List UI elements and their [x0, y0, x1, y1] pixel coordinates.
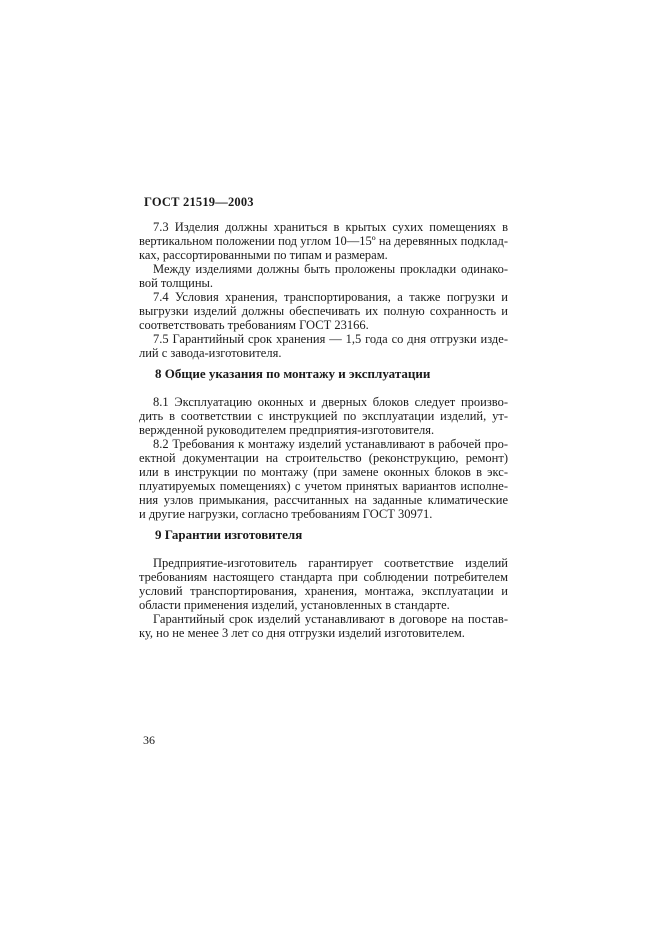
paragraph: 8.1 Эксплуатацию оконных и дверных блоко… [139, 395, 508, 437]
text-line: лий с завода-изготовителя. [139, 346, 508, 360]
text-line: вертикальном положении под углом 10—15º … [139, 234, 508, 248]
text-line: 7.3 Изделия должны храниться в крытых су… [139, 220, 508, 234]
text-line: Между изделиями должны быть проложены пр… [139, 262, 508, 276]
paragraph: Предприятие-изготовитель гарантирует соо… [139, 556, 508, 612]
text-line: ку, но не менее 3 лет со дня отгрузки из… [139, 626, 508, 640]
text-line: Гарантийный срок изделий устанавливают в… [139, 612, 508, 626]
text-line: вой толщины. [139, 276, 508, 290]
text-line: 8.1 Эксплуатацию оконных и дверных блоко… [139, 395, 508, 409]
text-line: дить в соответствии с инструкцией по экс… [139, 409, 508, 423]
text-line: ния узлов примыкания, рассчитанных на за… [139, 493, 508, 507]
paragraph: Гарантийный срок изделий устанавливают в… [139, 612, 508, 640]
text-line: 8.2 Требования к монтажу изделий устанав… [139, 437, 508, 451]
text-line: Предприятие-изготовитель гарантирует соо… [139, 556, 508, 570]
text-line: или в инструкции по монтажу (при замене … [139, 465, 508, 479]
paragraph: 7.3 Изделия должны храниться в крытых су… [139, 220, 508, 262]
text-line: условий транспортирования, хранения, мон… [139, 584, 508, 598]
page-number: 36 [143, 733, 155, 747]
text-line: соответствовать требованиям ГОСТ 23166. [139, 318, 508, 332]
document-body: 7.3 Изделия должны храниться в крытых су… [139, 220, 508, 640]
text-line: плуатируемых помещениях) с учетом принят… [139, 479, 508, 493]
text-line: требованиям настоящего стандарта при соб… [139, 570, 508, 584]
section-heading: 8 Общие указания по монтажу и эксплуатац… [139, 367, 508, 381]
paragraph: Между изделиями должны быть проложены пр… [139, 262, 508, 290]
text-line: 7.4 Условия хранения, транспортирования,… [139, 290, 508, 304]
text-line: области применения изделий, установленны… [139, 598, 508, 612]
standard-designation-header: ГОСТ 21519—2003 [144, 195, 254, 209]
text-line: ках, рассортированными по типам и размер… [139, 248, 508, 262]
paragraph: 7.5 Гарантийный срок хранения — 1,5 года… [139, 332, 508, 360]
text-line: вержденной руководителем предприятия-изг… [139, 423, 508, 437]
text-line: 7.5 Гарантийный срок хранения — 1,5 года… [139, 332, 508, 346]
text-line: и другие нагрузки, согласно требованиям … [139, 507, 508, 521]
paragraph: 8.2 Требования к монтажу изделий устанав… [139, 437, 508, 521]
text-line: выгрузки изделий должны обеспечивать их … [139, 304, 508, 318]
paragraph: 7.4 Условия хранения, транспортирования,… [139, 290, 508, 332]
document-page: ГОСТ 21519—2003 7.3 Изделия должны храни… [0, 0, 661, 935]
section-heading: 9 Гарантии изготовителя [139, 528, 508, 542]
text-line: ектной документации на строительство (ре… [139, 451, 508, 465]
